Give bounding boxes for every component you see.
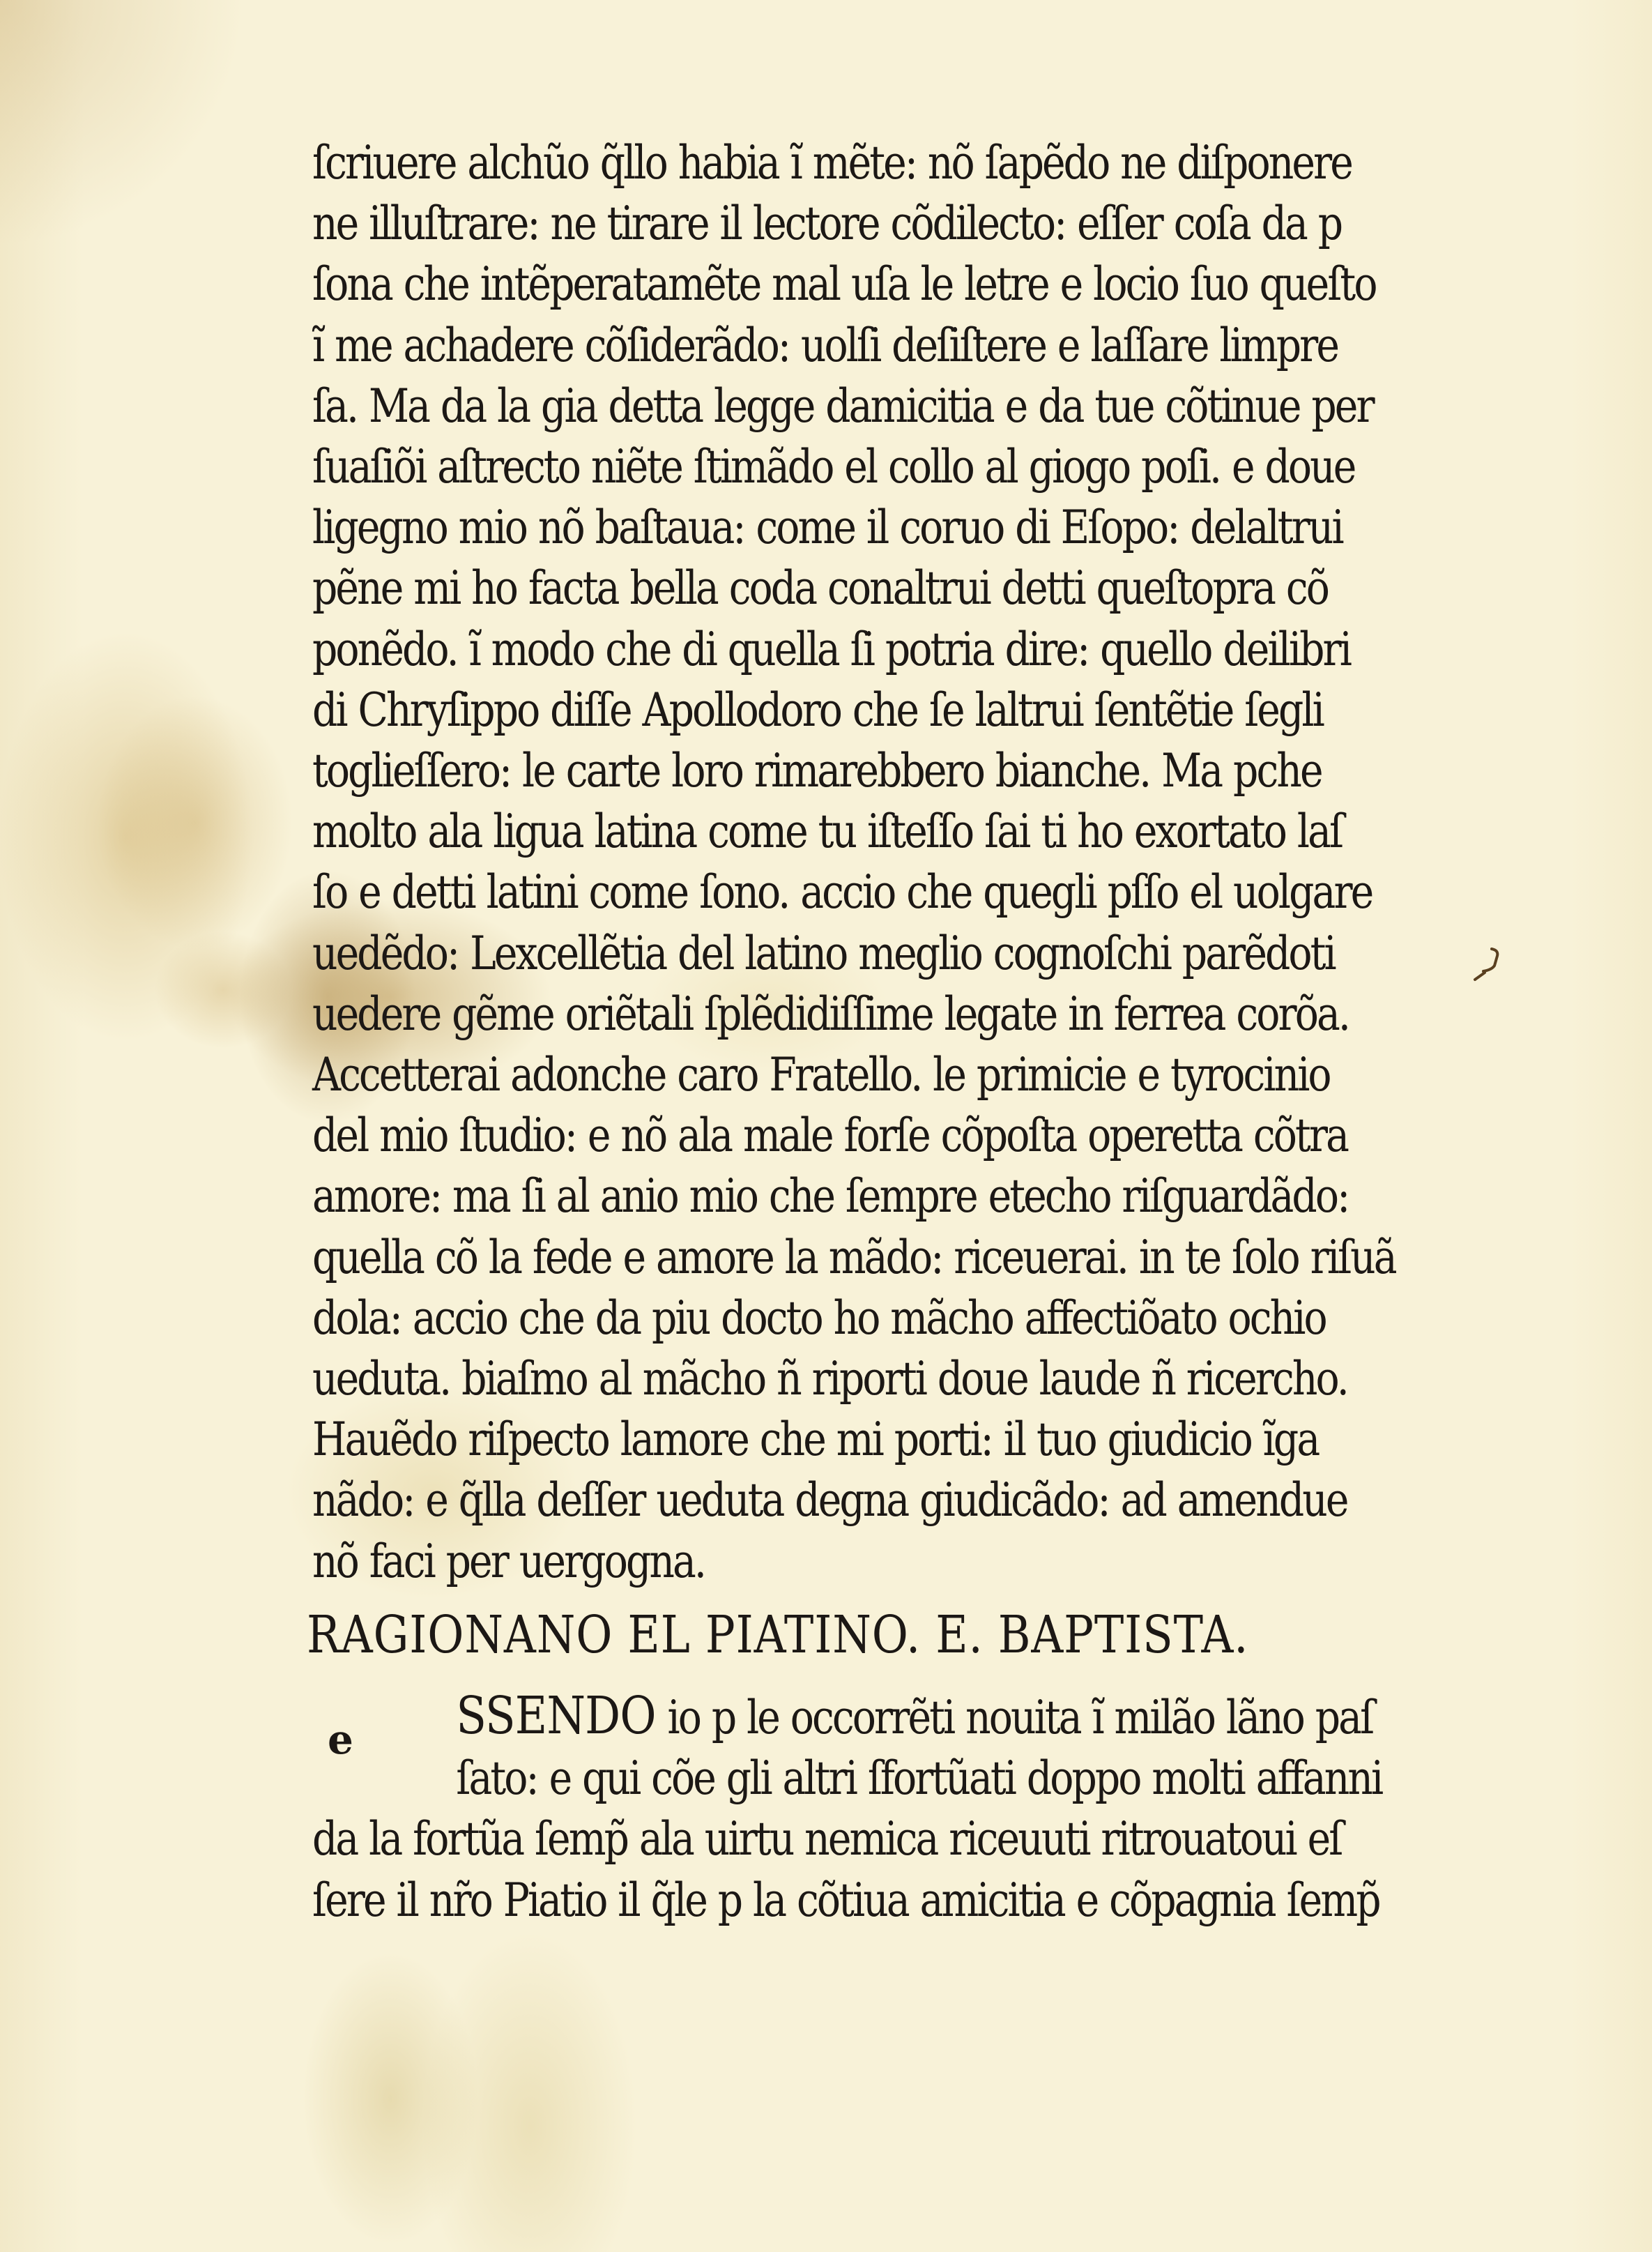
text-line: da la fortũa ſemp̃ ala uirtu nemica rice… <box>312 1809 1308 1869</box>
text-line: uedẽdo: Lexcellẽtia del latino meglio co… <box>312 923 1308 984</box>
text-line: amore: ma ſi al anio mio che ſempre etec… <box>312 1166 1308 1226</box>
text-line: ligegno mio nõ baſtaua: come il coruo di… <box>312 497 1308 558</box>
text-line: nãdo: e q̃lla deſſer ueduta degna giudic… <box>312 1470 1308 1530</box>
text-line: Hauẽdo riſpecto lamore che mi porti: il … <box>312 1409 1308 1470</box>
section-text: SSENDO io p le occorrẽti nouita ĩ milão … <box>312 1686 1469 1931</box>
text-line: uedere gẽme oriẽtali ſplẽdidiſſime legat… <box>312 984 1308 1044</box>
ink-bracket-mark-icon <box>1471 945 1506 987</box>
text-line: molto ala ligua latina come tu iſteſſo ſ… <box>312 801 1308 862</box>
page-scan: ſcriuere alchũo q̃llo habia ĩ mẽte: nõ ſ… <box>0 0 1652 2252</box>
text-line: ſo e detti latini come ſono. accio che q… <box>312 862 1308 922</box>
body-text: ſcriuere alchũo q̃llo habia ĩ mẽte: nõ ſ… <box>312 132 1469 1592</box>
text-line: ſere il nr̃o Piatio il q̃le p la cõtiua … <box>312 1870 1308 1931</box>
initial-caps-word: SSENDO <box>456 1686 655 1746</box>
text-line: ponẽdo. ĩ modo che di quella ſi potria d… <box>312 619 1308 680</box>
text-line: dola: accio che da piu docto ho mãcho af… <box>312 1288 1308 1348</box>
section-heading: RAGIONANO EL PIATINO. E. BAPTISTA. <box>307 1604 1248 1666</box>
text-line: ĩ me achadere cõſiderãdo: uolſi deſiſter… <box>312 315 1308 376</box>
text-line: ſona che intẽperatamẽte mal uſa le letre… <box>312 254 1308 314</box>
text-line: ſcriuere alchũo q̃llo habia ĩ mẽte: nõ ſ… <box>312 132 1308 193</box>
text-line: quella cõ la fede e amore la mãdo: riceu… <box>312 1227 1308 1288</box>
text-line: nõ faci per uergogna. <box>312 1531 1308 1592</box>
text-line: pẽne mi ho facta bella coda conaltrui de… <box>312 558 1308 618</box>
text-line-first: SSENDO io p le occorrẽti nouita ĩ milão … <box>312 1686 1308 1748</box>
text-line: ſato: e qui cõe gli altri ſfortũati dopp… <box>312 1748 1308 1809</box>
text-line: toglieſſero: le carte loro rimarebbero b… <box>312 740 1308 801</box>
text-line-rest: io p le occorrẽti nouita ĩ milão lãno pa… <box>668 1691 1373 1744</box>
text-line: Accetterai adonche caro Fratello. le pri… <box>312 1044 1308 1105</box>
text-line: del mio ſtudio: e nõ ala male forſe cõpo… <box>312 1105 1308 1166</box>
text-line: di Chryſippo diſſe Apollodoro che ſe lal… <box>312 680 1308 740</box>
text-line: ſuaſiõi aſtrecto niẽte ſtimãdo el collo … <box>312 436 1308 497</box>
text-line: ueduta. biaſmo al mãcho ñ riporti doue l… <box>312 1348 1308 1409</box>
text-line: ſa. Ma da la gia detta legge damicitia e… <box>312 376 1308 436</box>
text-line: ne illuſtrare: ne tirare il lectore cõdi… <box>312 193 1308 254</box>
